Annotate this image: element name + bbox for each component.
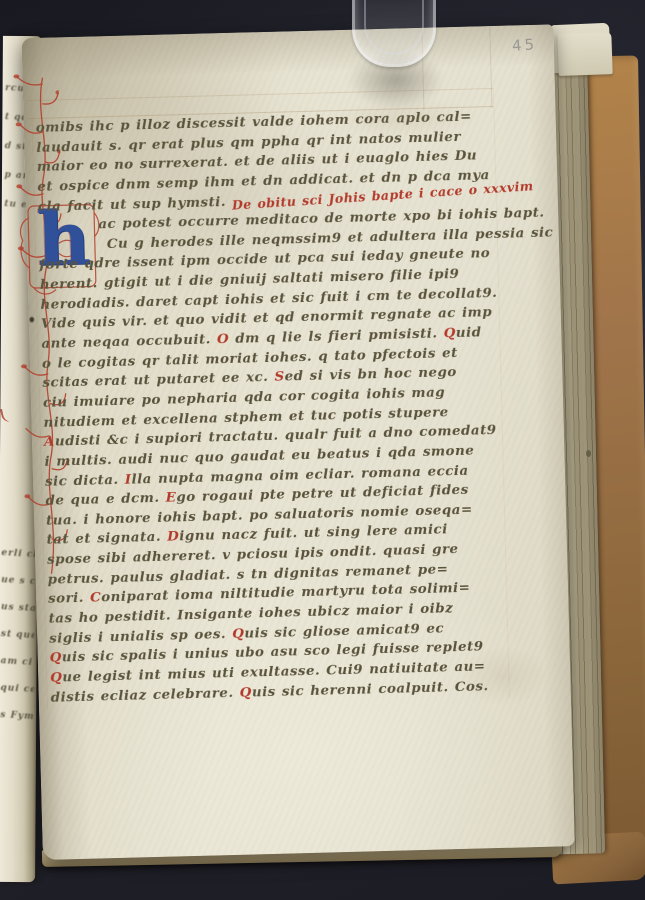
rubricated-text: Q <box>49 650 62 666</box>
manuscript-text: uid <box>456 324 482 341</box>
rubricated-text: A <box>44 434 55 450</box>
manuscript-text: sori. <box>48 590 90 607</box>
rubricated-text: Q <box>239 684 252 700</box>
manuscript-text: ante neqaa occubuit. <box>41 331 217 352</box>
rubricated-text: Q <box>443 325 456 341</box>
manuscript-text: siglis i unialis sp oes. <box>49 626 232 647</box>
rubricated-text: E <box>165 490 176 506</box>
rubricated-text: C <box>90 590 102 606</box>
facing-page-text-fragment: st que <box>0 621 36 650</box>
facing-page-text-fragment: am ci <box>0 648 35 677</box>
rubricated-text: Q <box>50 669 63 685</box>
text-block: omibs ihc p illoz discessit valde iohem … <box>36 108 513 709</box>
stacked-leaf-corner <box>557 32 612 76</box>
rubricated-text: Q <box>232 625 245 641</box>
rubricated-text: O <box>217 331 230 347</box>
page-clip <box>352 0 436 67</box>
manuscript-text: sic dicta. <box>45 471 125 489</box>
folio-number: 45 <box>511 35 537 55</box>
wormhole-spot <box>29 316 35 323</box>
manuscript-text: ed si vis bn hoc nego <box>284 364 457 385</box>
facing-page-text-fragment: us sta <box>0 594 36 623</box>
ruling-line <box>489 26 492 108</box>
page-clip-inner-edge <box>364 0 424 55</box>
manuscript-text: tat et signata. <box>46 529 167 548</box>
cover-speck <box>586 450 591 457</box>
facing-page-text-fragment: s Fyme <box>0 702 35 731</box>
manuscript-photograph: rcu et qdd stup amtu el erli chue s chus… <box>0 0 645 900</box>
rubricated-text: D <box>167 529 180 545</box>
facing-page-text-fragment: qui ce <box>0 675 35 704</box>
manuscript-page: h omibs ihc p illoz discessit valde iohe… <box>21 24 574 860</box>
manuscript-text: de qua e dcm. <box>45 490 166 509</box>
